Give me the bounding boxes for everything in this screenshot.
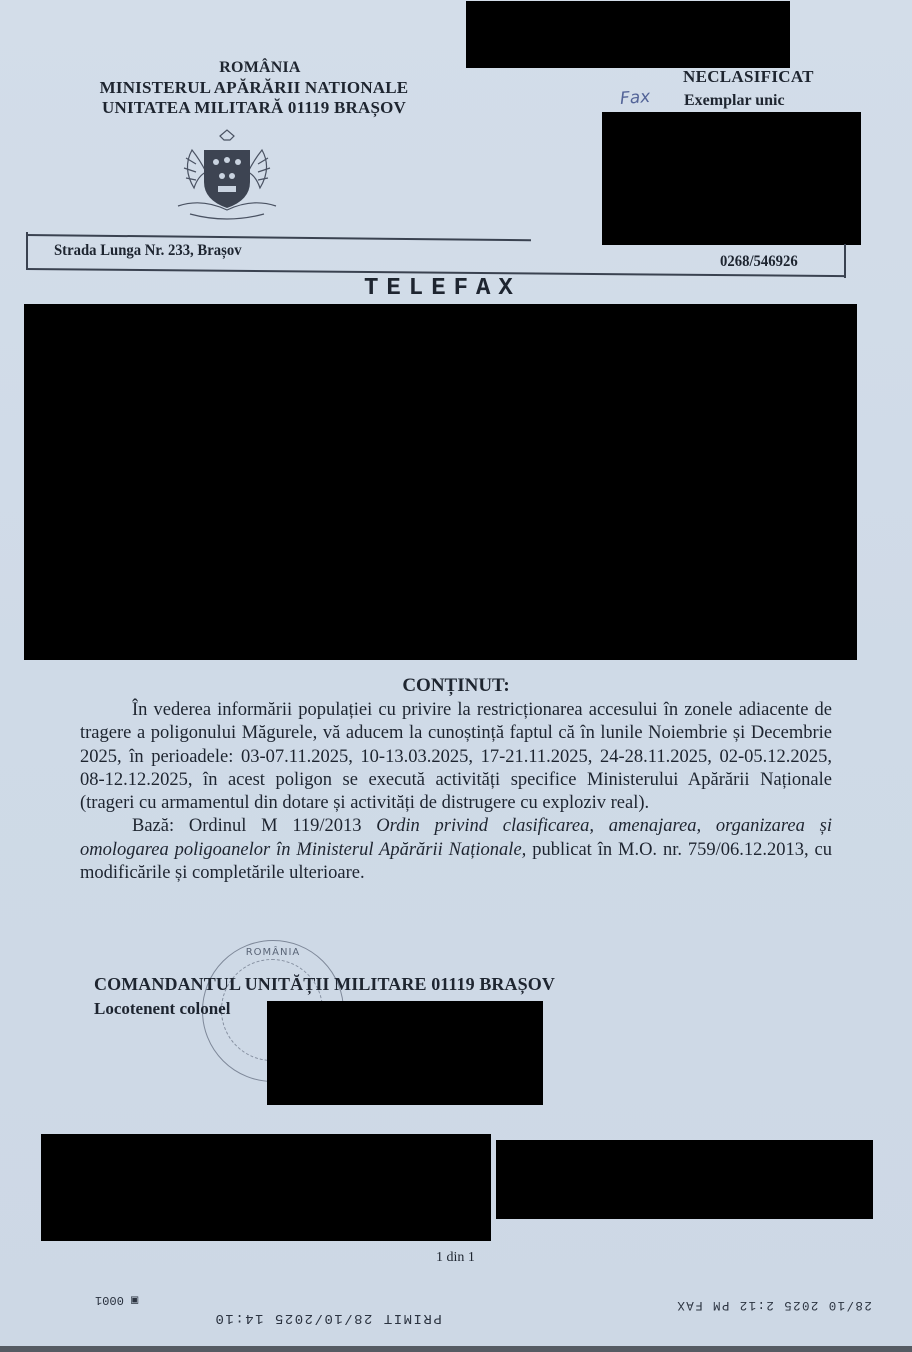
phone-number: 0268/546926 [720,253,798,271]
redacted-block [41,1134,491,1241]
fax-page-id: ▣ 0001 [95,1293,138,1308]
fax-page-icon: ▣ [124,1293,138,1307]
redacted-block [24,304,857,660]
handwritten-note: Fax [619,87,651,109]
redacted-block [466,1,790,68]
signatory-title: COMANDANTUL UNITĂȚII MILITARE 01119 BRAȘ… [94,974,555,995]
ministry-name: MINISTERUL APĂRĂRII NATIONALE [48,78,460,98]
fax-received-stamp: PRIMIT 28/10/2025 14:10 [214,1310,442,1326]
content-paragraph: În vederea informării populației cu priv… [80,699,832,815]
document-type: TELEFAX [364,275,521,302]
copy-note: Exemplar unic [684,92,785,110]
redacted-block [267,1001,543,1105]
page-number: 1 din 1 [436,1250,475,1266]
legal-basis-paragraph: Bază: Ordinul M 119/2013 Ordin privind c… [80,815,832,885]
fax-sent-header: 28/10 2025 2:12 PM FAX [676,1298,872,1312]
redacted-block [602,112,861,245]
issuer-header: ROMÂNIA MINISTERUL APĂRĂRII NATIONALE UN… [60,58,460,118]
classification-label: NECLASIFICAT [683,67,814,87]
divider [26,232,28,270]
content-body: În vederea informării populației cu priv… [80,699,832,885]
coat-of-arms-icon [172,128,282,224]
scan-edge [0,1346,912,1352]
address: Strada Lunga Nr. 233, Brașov [54,242,242,260]
country-name: ROMÂNIA [60,58,460,78]
redacted-block [496,1140,873,1219]
divider [844,244,846,278]
stamp-text: ROMÂNIA [203,947,343,958]
divider [26,234,531,241]
legal-basis-prefix: Bază: Ordinul M 119/2013 [132,816,376,836]
content-title: CONȚINUT: [0,675,912,697]
signatory-rank: Locotenent colonel [94,999,230,1019]
unit-name: UNITATEA MILITARĂ 01119 BRAȘOV [48,98,460,118]
